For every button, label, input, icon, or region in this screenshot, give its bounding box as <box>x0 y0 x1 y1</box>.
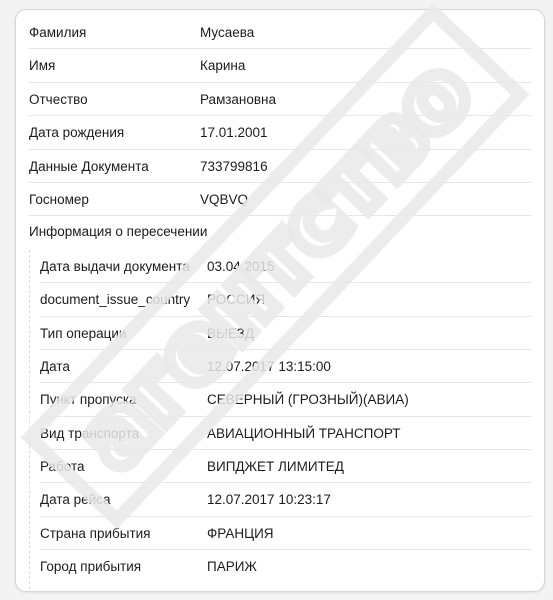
field-row-surname: Фамилия Мусаева <box>29 16 531 49</box>
field-value: Рамзановна <box>200 83 276 116</box>
field-row-document: Данные Документа 733799816 <box>29 150 531 183</box>
crossing-row-doc-issue-date: Дата выдачи документа 03.04.2015 <box>40 250 531 283</box>
record-card: Фамилия Мусаева Имя Карина Отчество Рамз… <box>15 9 545 592</box>
field-label: Тип операции <box>40 317 126 350</box>
field-label: Дата <box>40 350 70 383</box>
field-label: Дата рейса <box>40 483 110 516</box>
field-row-patronymic: Отчество Рамзановна <box>29 83 531 116</box>
field-label: Отчество <box>29 83 88 116</box>
field-value: VQBVQ <box>200 183 248 216</box>
field-label: Имя <box>29 49 55 82</box>
field-value: Карина <box>200 49 245 82</box>
field-row-birth-date: Дата рождения 17.01.2001 <box>29 116 531 149</box>
field-value: 12.07.2017 10:23:17 <box>207 483 331 516</box>
crossing-row-flight-date: Дата рейса 12.07.2017 10:23:17 <box>40 483 531 516</box>
field-label: Город прибытия <box>40 550 141 583</box>
crossing-row-employer: Работа ВИПДЖЕТ ЛИМИТЕД <box>40 450 531 483</box>
field-label: Фамилия <box>29 16 86 49</box>
field-label: document_issue_country <box>40 283 190 316</box>
field-label: Работа <box>40 450 85 483</box>
field-value: 17.01.2001 <box>200 116 268 149</box>
field-value: АВИАЦИОННЫЙ ТРАНСПОРТ <box>207 417 401 450</box>
crossing-row-operation-type: Тип операции ВЫЕЗД <box>40 317 531 350</box>
field-label: Вид транспорта <box>40 417 139 450</box>
field-value: Мусаева <box>200 16 254 49</box>
field-row-plate-number: Госномер VQBVQ <box>29 183 531 216</box>
crossing-section-title: Информация о пересечении <box>29 216 531 249</box>
crossing-row-transport-type: Вид транспорта АВИАЦИОННЫЙ ТРАНСПОРТ <box>40 417 531 450</box>
field-value: ПАРИЖ <box>207 550 257 583</box>
crossing-section: Дата выдачи документа 03.04.2015 documen… <box>29 250 531 584</box>
field-label: Данные Документа <box>29 150 149 183</box>
field-label: Дата рождения <box>29 116 124 149</box>
field-value: 03.04.2015 <box>207 250 275 283</box>
field-row-name: Имя Карина <box>29 49 531 82</box>
field-value: ВЫЕЗД <box>207 317 254 350</box>
record-fields: Фамилия Мусаева Имя Карина Отчество Рамз… <box>29 16 531 584</box>
crossing-row-arrival-city: Город прибытия ПАРИЖ <box>40 550 531 583</box>
crossing-row-checkpoint: Пункт пропуска СЕВЕРНЫЙ (ГРОЗНЫЙ)(АВИА) <box>40 383 531 416</box>
crossing-row-date: Дата 12.07.2017 13:15:00 <box>40 350 531 383</box>
field-label: Пункт пропуска <box>40 383 137 416</box>
crossing-row-doc-issue-country: document_issue_country РОССИЯ <box>40 283 531 316</box>
field-value: ФРАНЦИЯ <box>207 517 274 550</box>
field-label: Госномер <box>29 183 89 216</box>
crossing-row-arrival-country: Страна прибытия ФРАНЦИЯ <box>40 517 531 550</box>
field-value: 12.07.2017 13:15:00 <box>207 350 331 383</box>
field-value: ВИПДЖЕТ ЛИМИТЕД <box>207 450 344 483</box>
field-value: РОССИЯ <box>207 283 265 316</box>
field-value: СЕВЕРНЫЙ (ГРОЗНЫЙ)(АВИА) <box>207 383 409 416</box>
field-label: Страна прибытия <box>40 517 151 550</box>
field-label: Дата выдачи документа <box>40 250 190 283</box>
field-value: 733799816 <box>200 150 268 183</box>
